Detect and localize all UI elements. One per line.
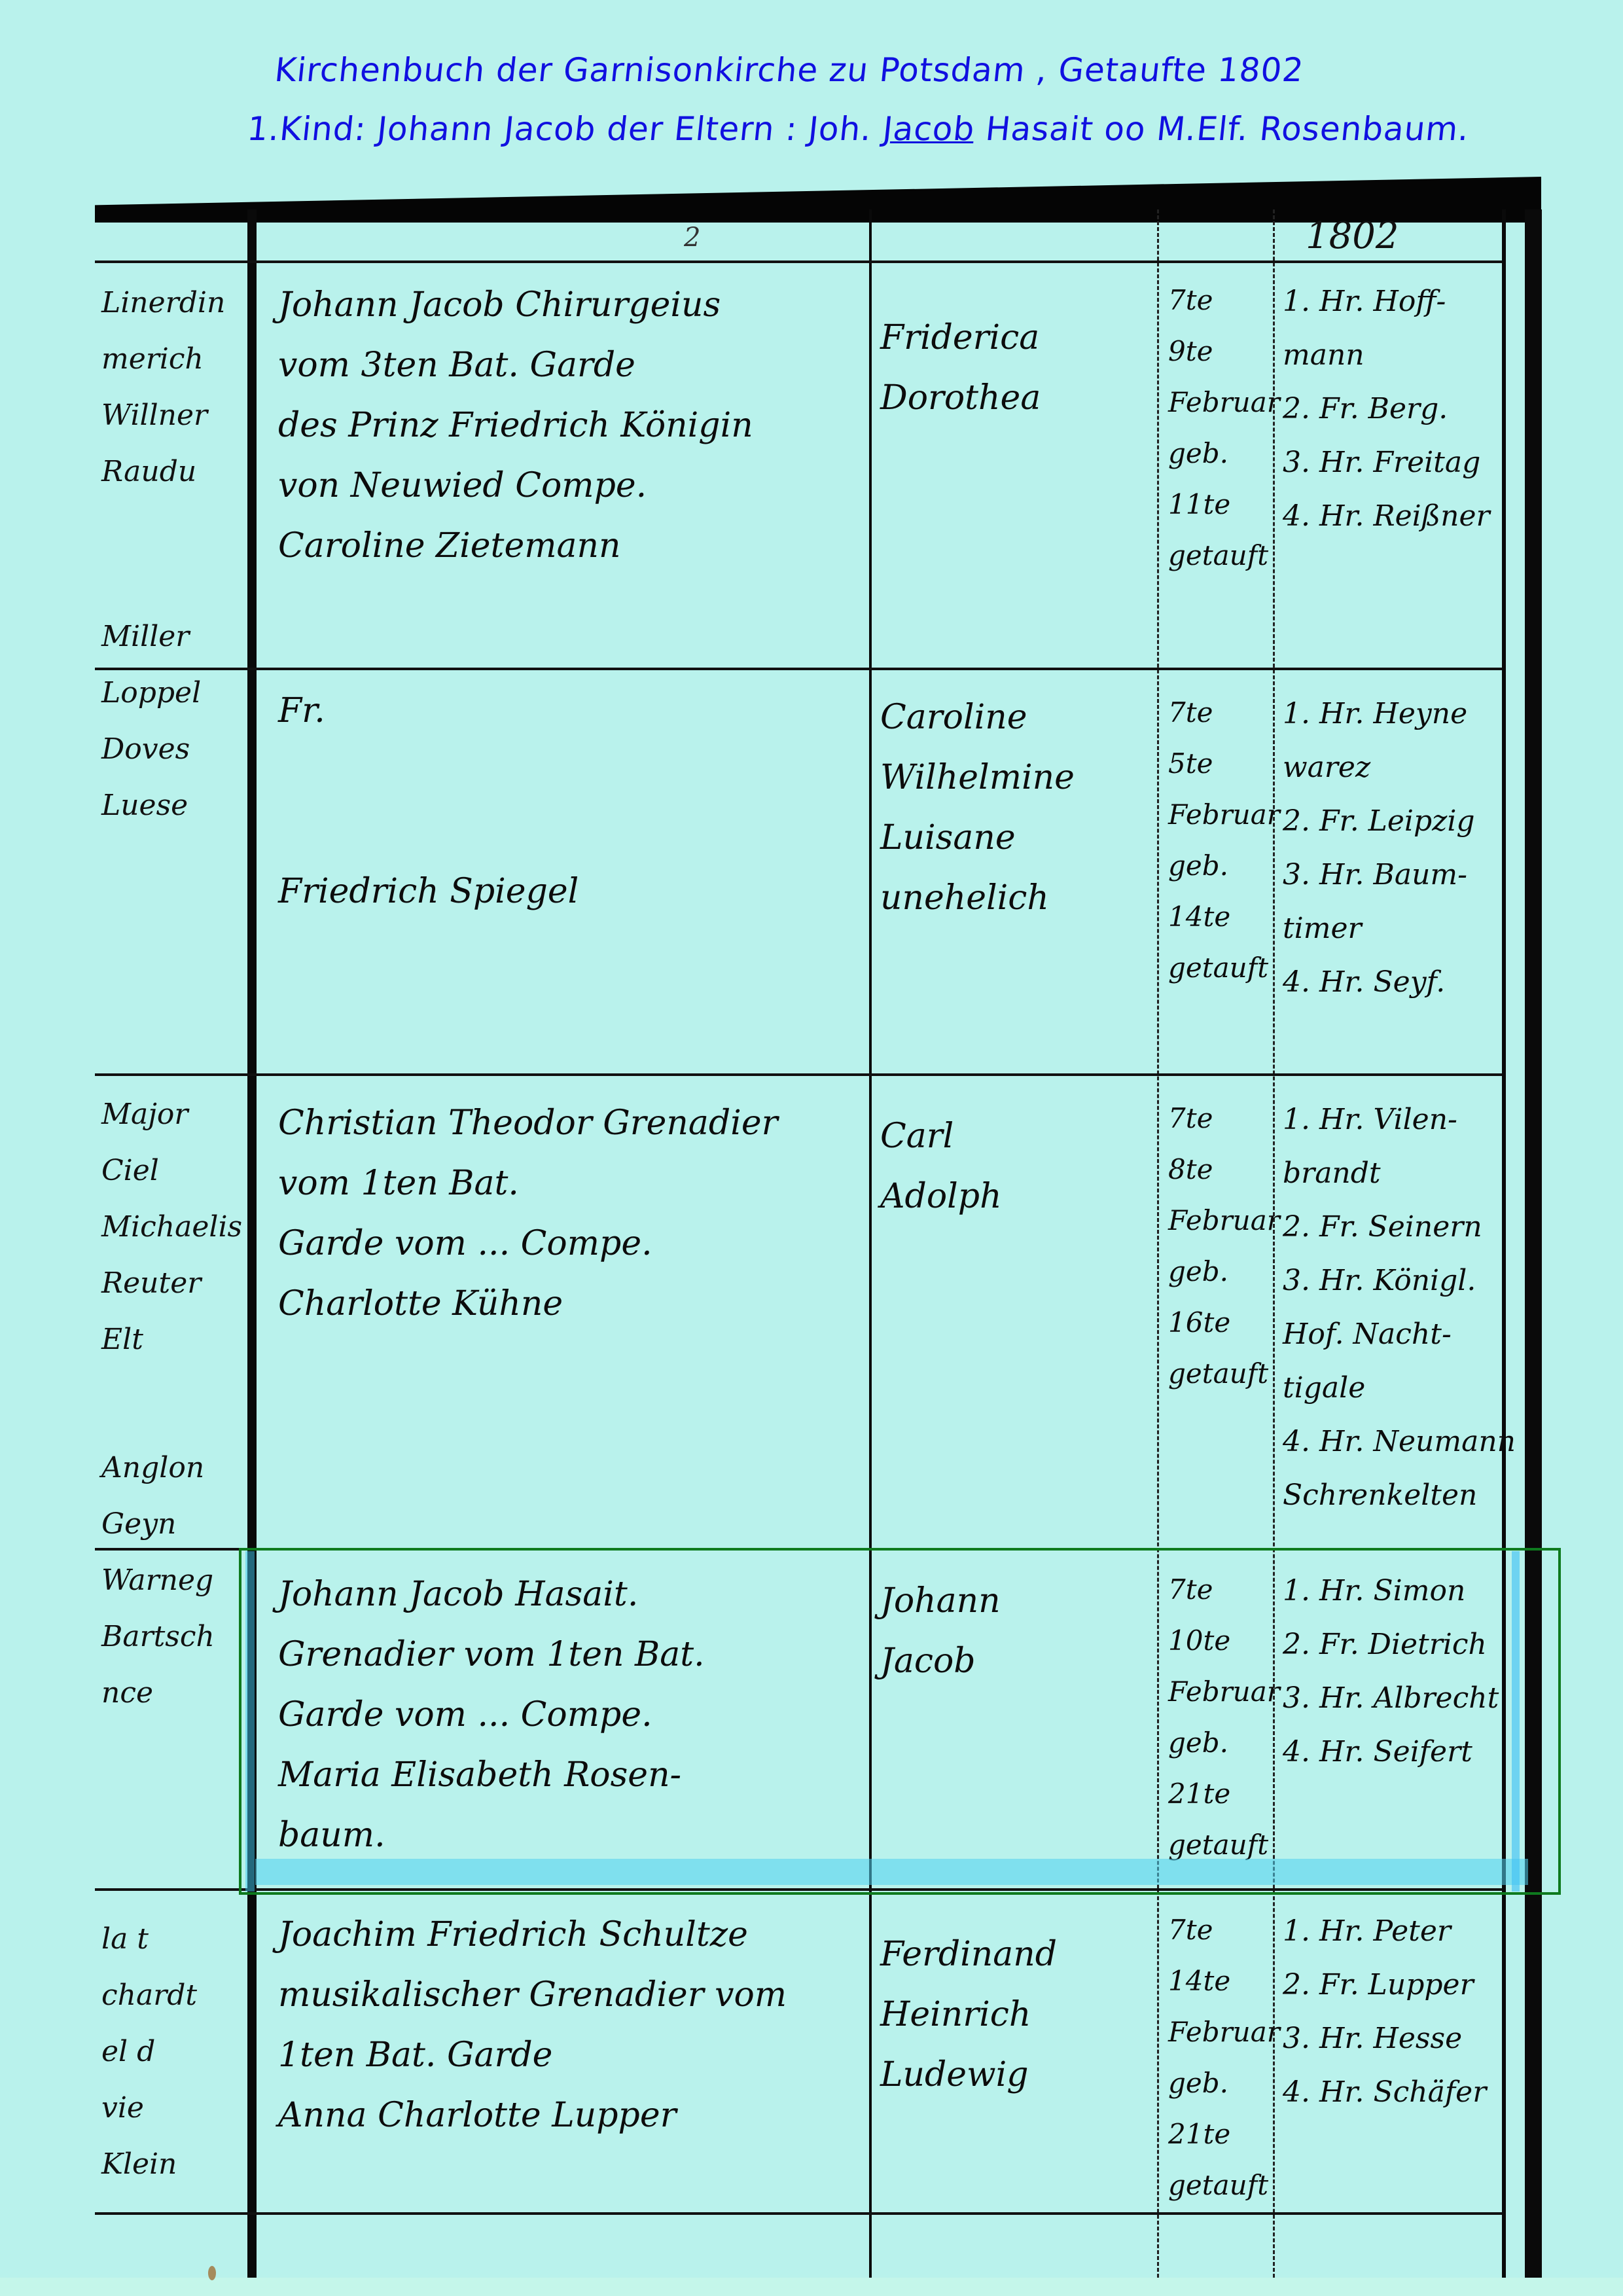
column-rule-child	[869, 209, 872, 2278]
entry-parents: Joachim Friedrich Schultze musikalischer…	[278, 1905, 787, 2145]
column-rule-date	[1157, 209, 1159, 2278]
ledger-right-border	[1525, 209, 1542, 2278]
annotation-subtitle-prefix: 1.Kind: Johann Jacob der Eltern : Joh.	[245, 110, 885, 148]
entry-rule	[95, 668, 1502, 670]
entry-parents: Christian Theodor Grenadier vom 1ten Bat…	[278, 1093, 777, 1334]
margin-entry: Miller Loppel Doves Luese	[101, 609, 201, 834]
entry-child-name: Friderica Dorothea	[880, 308, 1041, 428]
annotation-title: Kirchenbuch der Garnisonkirche zu Potsda…	[273, 51, 1306, 89]
margin-entry: Linerdin merich Willner Raudu	[101, 275, 225, 500]
entry-sponsors: 1. Hr. Vilen- brandt 2. Fr. Seinern 3. H…	[1283, 1093, 1516, 1522]
year-header: 1802	[1306, 215, 1399, 257]
margin-entry: la t chardt el d vie Klein	[101, 1911, 197, 2193]
margin-divider	[247, 209, 257, 2278]
entry-sponsors: 1. Hr. Heyne warez 2. Fr. Leipzig 3. Hr.…	[1283, 687, 1475, 1009]
entry-sponsors: 1. Hr. Hoff- mann 2. Fr. Berg. 3. Hr. Fr…	[1283, 275, 1490, 543]
entry-rule	[95, 2212, 1502, 2215]
annotation-subtitle: 1.Kind: Johann Jacob der Eltern : Joh. J…	[245, 110, 1471, 148]
entry-parents: Johann Jacob Chirurgeius vom 3ten Bat. G…	[278, 275, 753, 576]
baptism-register-ledger: 1802 2 Linerdin merich Willner Raudu Mil…	[95, 209, 1544, 2278]
margin-entry: Major Ciel Michaelis Reuter Elt	[101, 1086, 242, 1368]
annotation-underlined-name: Jacob	[881, 110, 976, 148]
entry-sponsors: 1. Hr. Peter 2. Fr. Lupper 3. Hr. Hesse …	[1283, 1905, 1486, 2119]
annotation-subtitle-suffix: Hasait oo M.Elf. Rosenbaum.	[972, 110, 1471, 148]
entry-child-name: Ferdinand Heinrich Ludewig	[880, 1924, 1057, 2105]
paper-stain	[208, 2266, 216, 2280]
entry-rule	[95, 1073, 1502, 1076]
entry-parents: Fr. Friedrich Spiegel	[278, 681, 579, 922]
margin-column: Linerdin merich Willner Raudu Miller Lop…	[95, 209, 245, 2278]
entry-child-name: Carl Adolph	[880, 1106, 1002, 1227]
header-rule	[95, 260, 1502, 263]
entry-date: 7te 8te Februar geb. 16te getauft	[1168, 1093, 1280, 1399]
entry-date: 7te 5te Februar geb. 14te getauft	[1168, 687, 1280, 994]
column-number: 2	[684, 223, 700, 253]
entry-child-name: Caroline Wilhelmine Luisane unehelich	[880, 687, 1075, 928]
margin-entry: Anglon Geyn Warneg Bartsch nce	[101, 1440, 215, 1721]
entry-date: 7te 9te Februar geb. 11te getauft	[1168, 275, 1280, 581]
entry-date: 7te 14te Februar geb. 21te getauft	[1168, 1905, 1280, 2211]
highlighted-entry-box	[239, 1548, 1561, 1895]
